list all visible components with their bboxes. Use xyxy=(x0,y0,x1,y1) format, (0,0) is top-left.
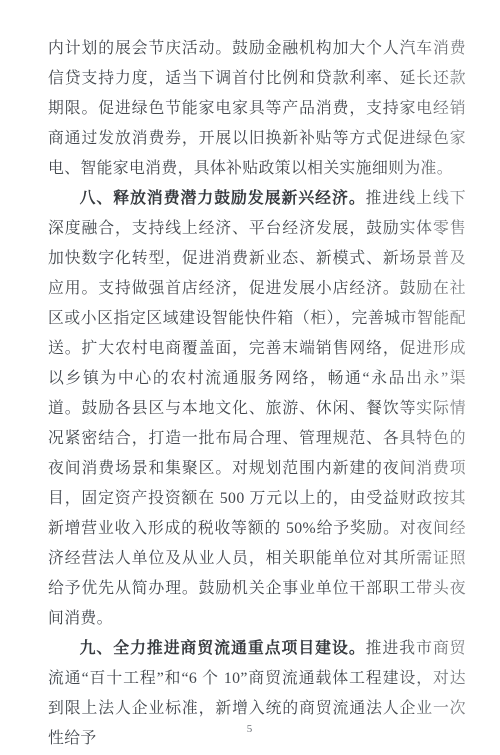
page-number: 5 xyxy=(0,723,500,735)
document-page: 内计划的展会节庆活动。鼓励金融机构加大个人汽车消费信贷支持力度，适当下调首付比例… xyxy=(0,0,500,755)
section-heading-8: 八、释放消费潜力鼓励发展新兴经济。 xyxy=(80,190,366,207)
paragraph-section-8: 八、释放消费潜力鼓励发展新兴经济。推进线上线下深度融合，支持线上经济、平台经济发… xyxy=(48,184,466,634)
paragraph-continuation: 内计划的展会节庆活动。鼓励金融机构加大个人汽车消费信贷支持力度，适当下调首付比例… xyxy=(48,34,466,184)
paragraph-section-9: 九、全力推进商贸流通重点项目建设。推进我市商贸流通“百十工程”和“6 个 10”… xyxy=(48,634,466,754)
paragraph-text: 内计划的展会节庆活动。鼓励金融机构加大个人汽车消费信贷支持力度，适当下调首付比例… xyxy=(48,40,466,177)
section-heading-9: 九、全力推进商贸流通重点项目建设。 xyxy=(80,640,366,657)
document-body: 内计划的展会节庆活动。鼓励金融机构加大个人汽车消费信贷支持力度，适当下调首付比例… xyxy=(48,34,466,754)
paragraph-text: 推进线上线下深度融合，支持线上经济、平台经济发展，鼓励实体零售加快数字化转型，促… xyxy=(48,190,466,627)
